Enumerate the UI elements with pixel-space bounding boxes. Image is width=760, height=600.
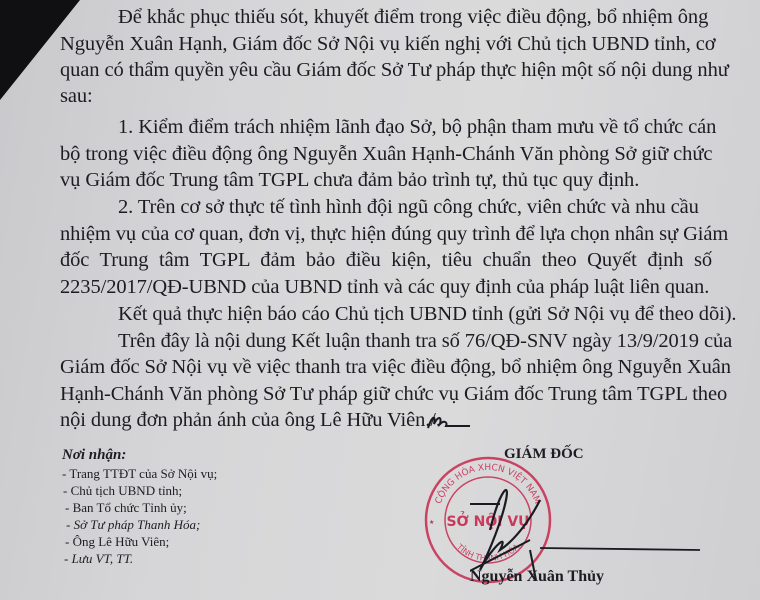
recipients-block: Nơi nhận: - Trang TTĐT của Sở Nội vụ; - … bbox=[62, 447, 217, 567]
intro-line-4: sau: bbox=[60, 85, 93, 108]
intro-line-3: quan có thẩm quyền yêu cầu Giám đốc Sở T… bbox=[60, 59, 712, 82]
recipient-item: - Ông Lê Hữu Viên; bbox=[65, 533, 217, 550]
recipient-item: - Trang TTĐT của Sở Nội vụ; bbox=[62, 465, 217, 482]
item2-line-2: nhiệm vụ của cơ quan, đơn vị, thực hiện … bbox=[60, 223, 712, 246]
document-page: Để khắc phục thiếu sót, khuyết điểm tron… bbox=[0, 0, 760, 600]
initial-mark-icon bbox=[424, 412, 474, 432]
signer-name: Nguyễn Xuân Thủy bbox=[470, 568, 604, 586]
recipients-title: Nơi nhận: bbox=[62, 447, 217, 464]
conclusion-line-3: Hạnh-Chánh Văn phòng Sở Tư pháp giữ chức… bbox=[60, 383, 712, 406]
conclusion-line-2: Giám đốc Sở Nội vụ về việc thanh tra việ… bbox=[60, 356, 712, 379]
conclusion-line-4: nội dung đơn phản ánh của ông Lê Hữu Viê… bbox=[60, 409, 441, 432]
item2-line-4: 2235/2017/QĐ-UBND của UBND tỉnh và các q… bbox=[60, 276, 709, 299]
recipient-item: - Chủ tịch UBND tỉnh; bbox=[63, 482, 217, 499]
item2-line-3: đốc Trung tâm TGPL đảm bảo điều kiện, ti… bbox=[60, 249, 712, 272]
stamp-star-icon: ★ bbox=[429, 519, 434, 526]
item2-line-1: 2. Trên cơ sở thực tế tình hình đội ngũ … bbox=[118, 196, 699, 219]
item1-line-3: vụ Giám đốc Trung tâm TGPL chưa đảm bảo … bbox=[60, 169, 639, 192]
item1-line-1: 1. Kiểm điểm trách nhiệm lãnh đạo Sở, bộ… bbox=[118, 116, 716, 139]
result-line: Kết quả thực hiện báo cáo Chủ tịch UBND … bbox=[118, 303, 736, 326]
recipient-item: - Ban Tổ chức Tỉnh ủy; bbox=[65, 499, 217, 516]
intro-line-2: Nguyễn Xuân Hạnh, Giám đốc Sở Nội vụ kiế… bbox=[60, 33, 712, 56]
intro-line-1: Để khắc phục thiếu sót, khuyết điểm tron… bbox=[118, 6, 708, 29]
item1-line-2: bộ trong việc điều động ông Nguyễn Xuân … bbox=[60, 143, 712, 166]
recipient-item: - Sở Tư pháp Thanh Hóa; bbox=[66, 516, 217, 533]
conclusion-line-1: Trên đây là nội dung Kết luận thanh tra … bbox=[118, 330, 732, 353]
signature-title: GIÁM ĐỐC bbox=[504, 446, 584, 463]
recipient-item: - Lưu VT, TT. bbox=[64, 550, 217, 567]
